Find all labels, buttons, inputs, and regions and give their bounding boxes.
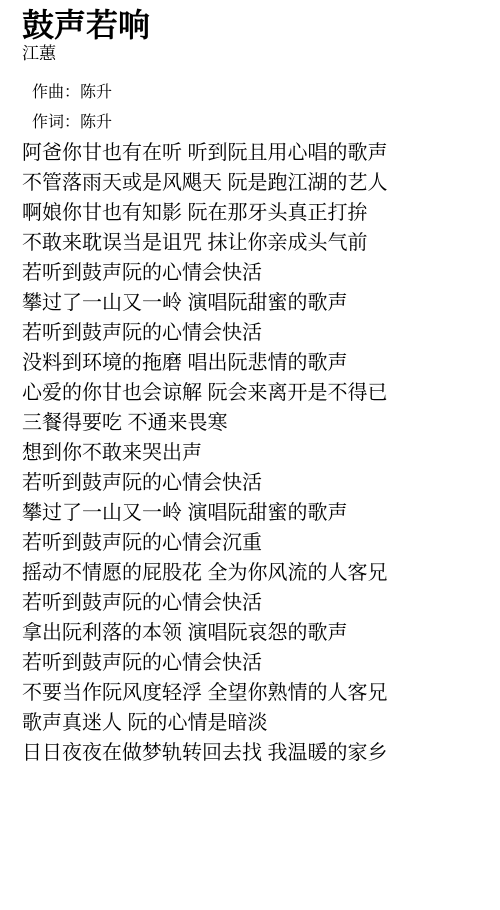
lyric-line: 不敢来耽误当是诅咒 抹让你亲成头气前 xyxy=(22,228,490,258)
lyric-line: 不要当作阮风度轻浮 全望你熟情的人客兄 xyxy=(22,678,490,708)
lyric-line: 心爱的你甘也会谅解 阮会来离开是不得已 xyxy=(22,378,490,408)
credits-block: 作曲：陈升作词：陈升 xyxy=(22,78,490,138)
credit-line: 作词：陈升 xyxy=(22,108,490,138)
lyrics-page: 鼓声若响 江蕙 作曲：陈升作词：陈升 阿爸你甘也有在听 听到阮且用心唱的歌声不管… xyxy=(0,0,500,910)
lyric-line: 摇动不情愿的屁股花 全为你风流的人客兄 xyxy=(22,558,490,588)
song-title: 鼓声若响 xyxy=(22,8,490,42)
lyric-line: 啊娘你甘也有知影 阮在那牙头真正打拚 xyxy=(22,198,490,228)
lyric-line: 三餐得要吃 不通来畏寒 xyxy=(22,408,490,438)
lyric-line: 若听到鼓声阮的心情会快活 xyxy=(22,318,490,348)
lyric-line: 想到你不敢来哭出声 xyxy=(22,438,490,468)
credit-line: 作曲：陈升 xyxy=(22,78,490,108)
lyrics-content: 作曲：陈升作词：陈升 阿爸你甘也有在听 听到阮且用心唱的歌声不管落雨天或是风飓天… xyxy=(22,78,490,768)
lyric-line: 日日夜夜在做梦轨转回去找 我温暖的家乡 xyxy=(22,738,490,768)
lyric-line: 若听到鼓声阮的心情会快活 xyxy=(22,258,490,288)
lyric-line: 若听到鼓声阮的心情会快活 xyxy=(22,648,490,678)
lyric-line: 阿爸你甘也有在听 听到阮且用心唱的歌声 xyxy=(22,138,490,168)
artist-name: 江蕙 xyxy=(22,44,490,64)
lyric-line: 不管落雨天或是风飓天 阮是跑江湖的艺人 xyxy=(22,168,490,198)
lyric-line: 攀过了一山又一岭 演唱阮甜蜜的歌声 xyxy=(22,288,490,318)
lyric-line: 歌声真迷人 阮的心情是暗淡 xyxy=(22,708,490,738)
lyric-line: 若听到鼓声阮的心情会沉重 xyxy=(22,528,490,558)
lyric-line: 若听到鼓声阮的心情会快活 xyxy=(22,468,490,498)
lyric-line: 若听到鼓声阮的心情会快活 xyxy=(22,588,490,618)
lyric-line: 没料到环境的拖磨 唱出阮悲情的歌声 xyxy=(22,348,490,378)
lyrics-block: 阿爸你甘也有在听 听到阮且用心唱的歌声不管落雨天或是风飓天 阮是跑江湖的艺人啊娘… xyxy=(22,138,490,768)
lyric-line: 攀过了一山又一岭 演唱阮甜蜜的歌声 xyxy=(22,498,490,528)
lyric-line: 拿出阮利落的本领 演唱阮哀怨的歌声 xyxy=(22,618,490,648)
